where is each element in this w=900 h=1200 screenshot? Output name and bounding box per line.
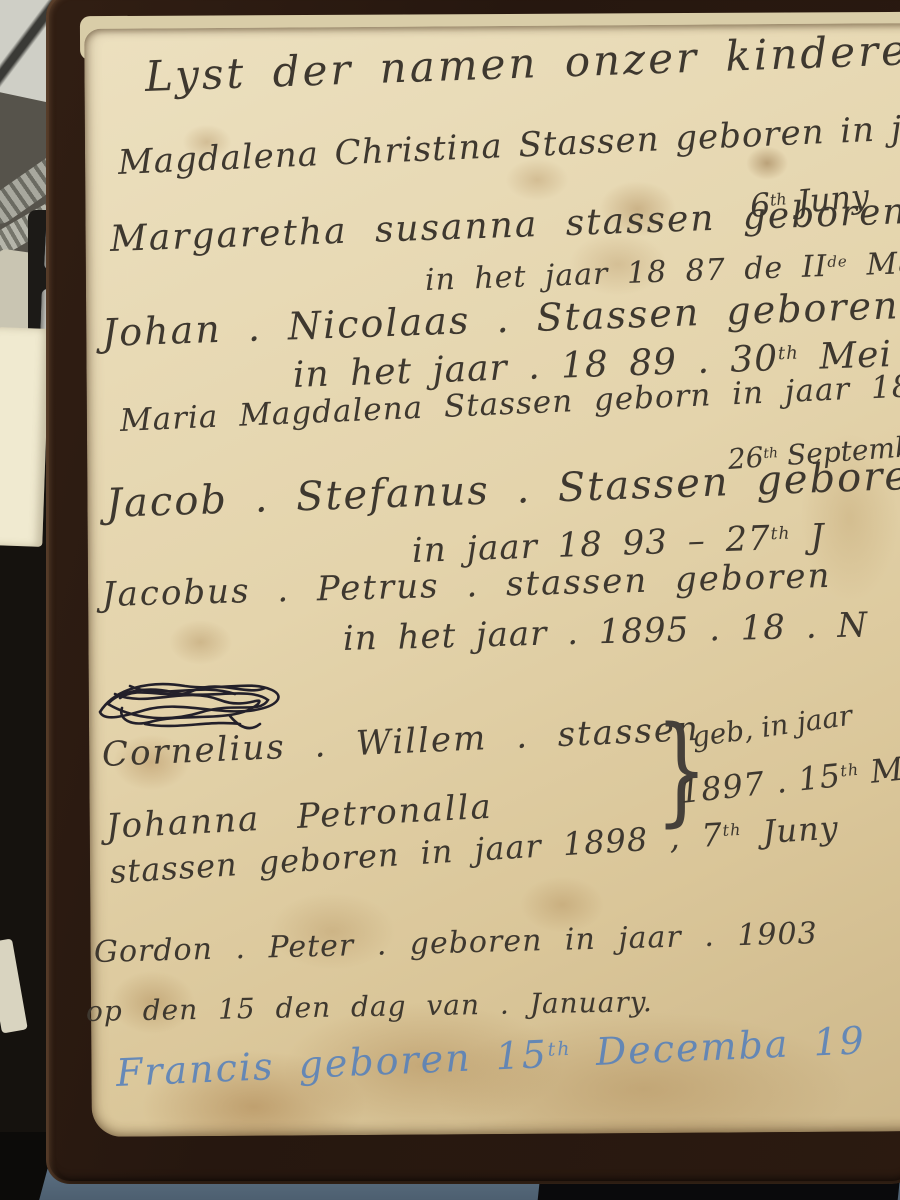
line-text: Juny [740,808,839,852]
ordinal-superscript: th [547,1038,572,1061]
ordinal-superscript: th [839,760,860,781]
ordinal-superscript: de [827,252,848,271]
line-text: M [857,750,900,792]
photo-of-family-register: Lyst der namen onzer kinderen Magdalena … [0,0,900,1200]
ordinal-superscript: th [778,343,800,365]
paper-scrap [0,327,50,547]
line-text: J [790,517,826,558]
line-text: Maa [847,245,900,283]
paper-scrap [0,938,28,1033]
ordinal-superscript: th [722,820,742,840]
ordinal-superscript: th [770,524,790,545]
